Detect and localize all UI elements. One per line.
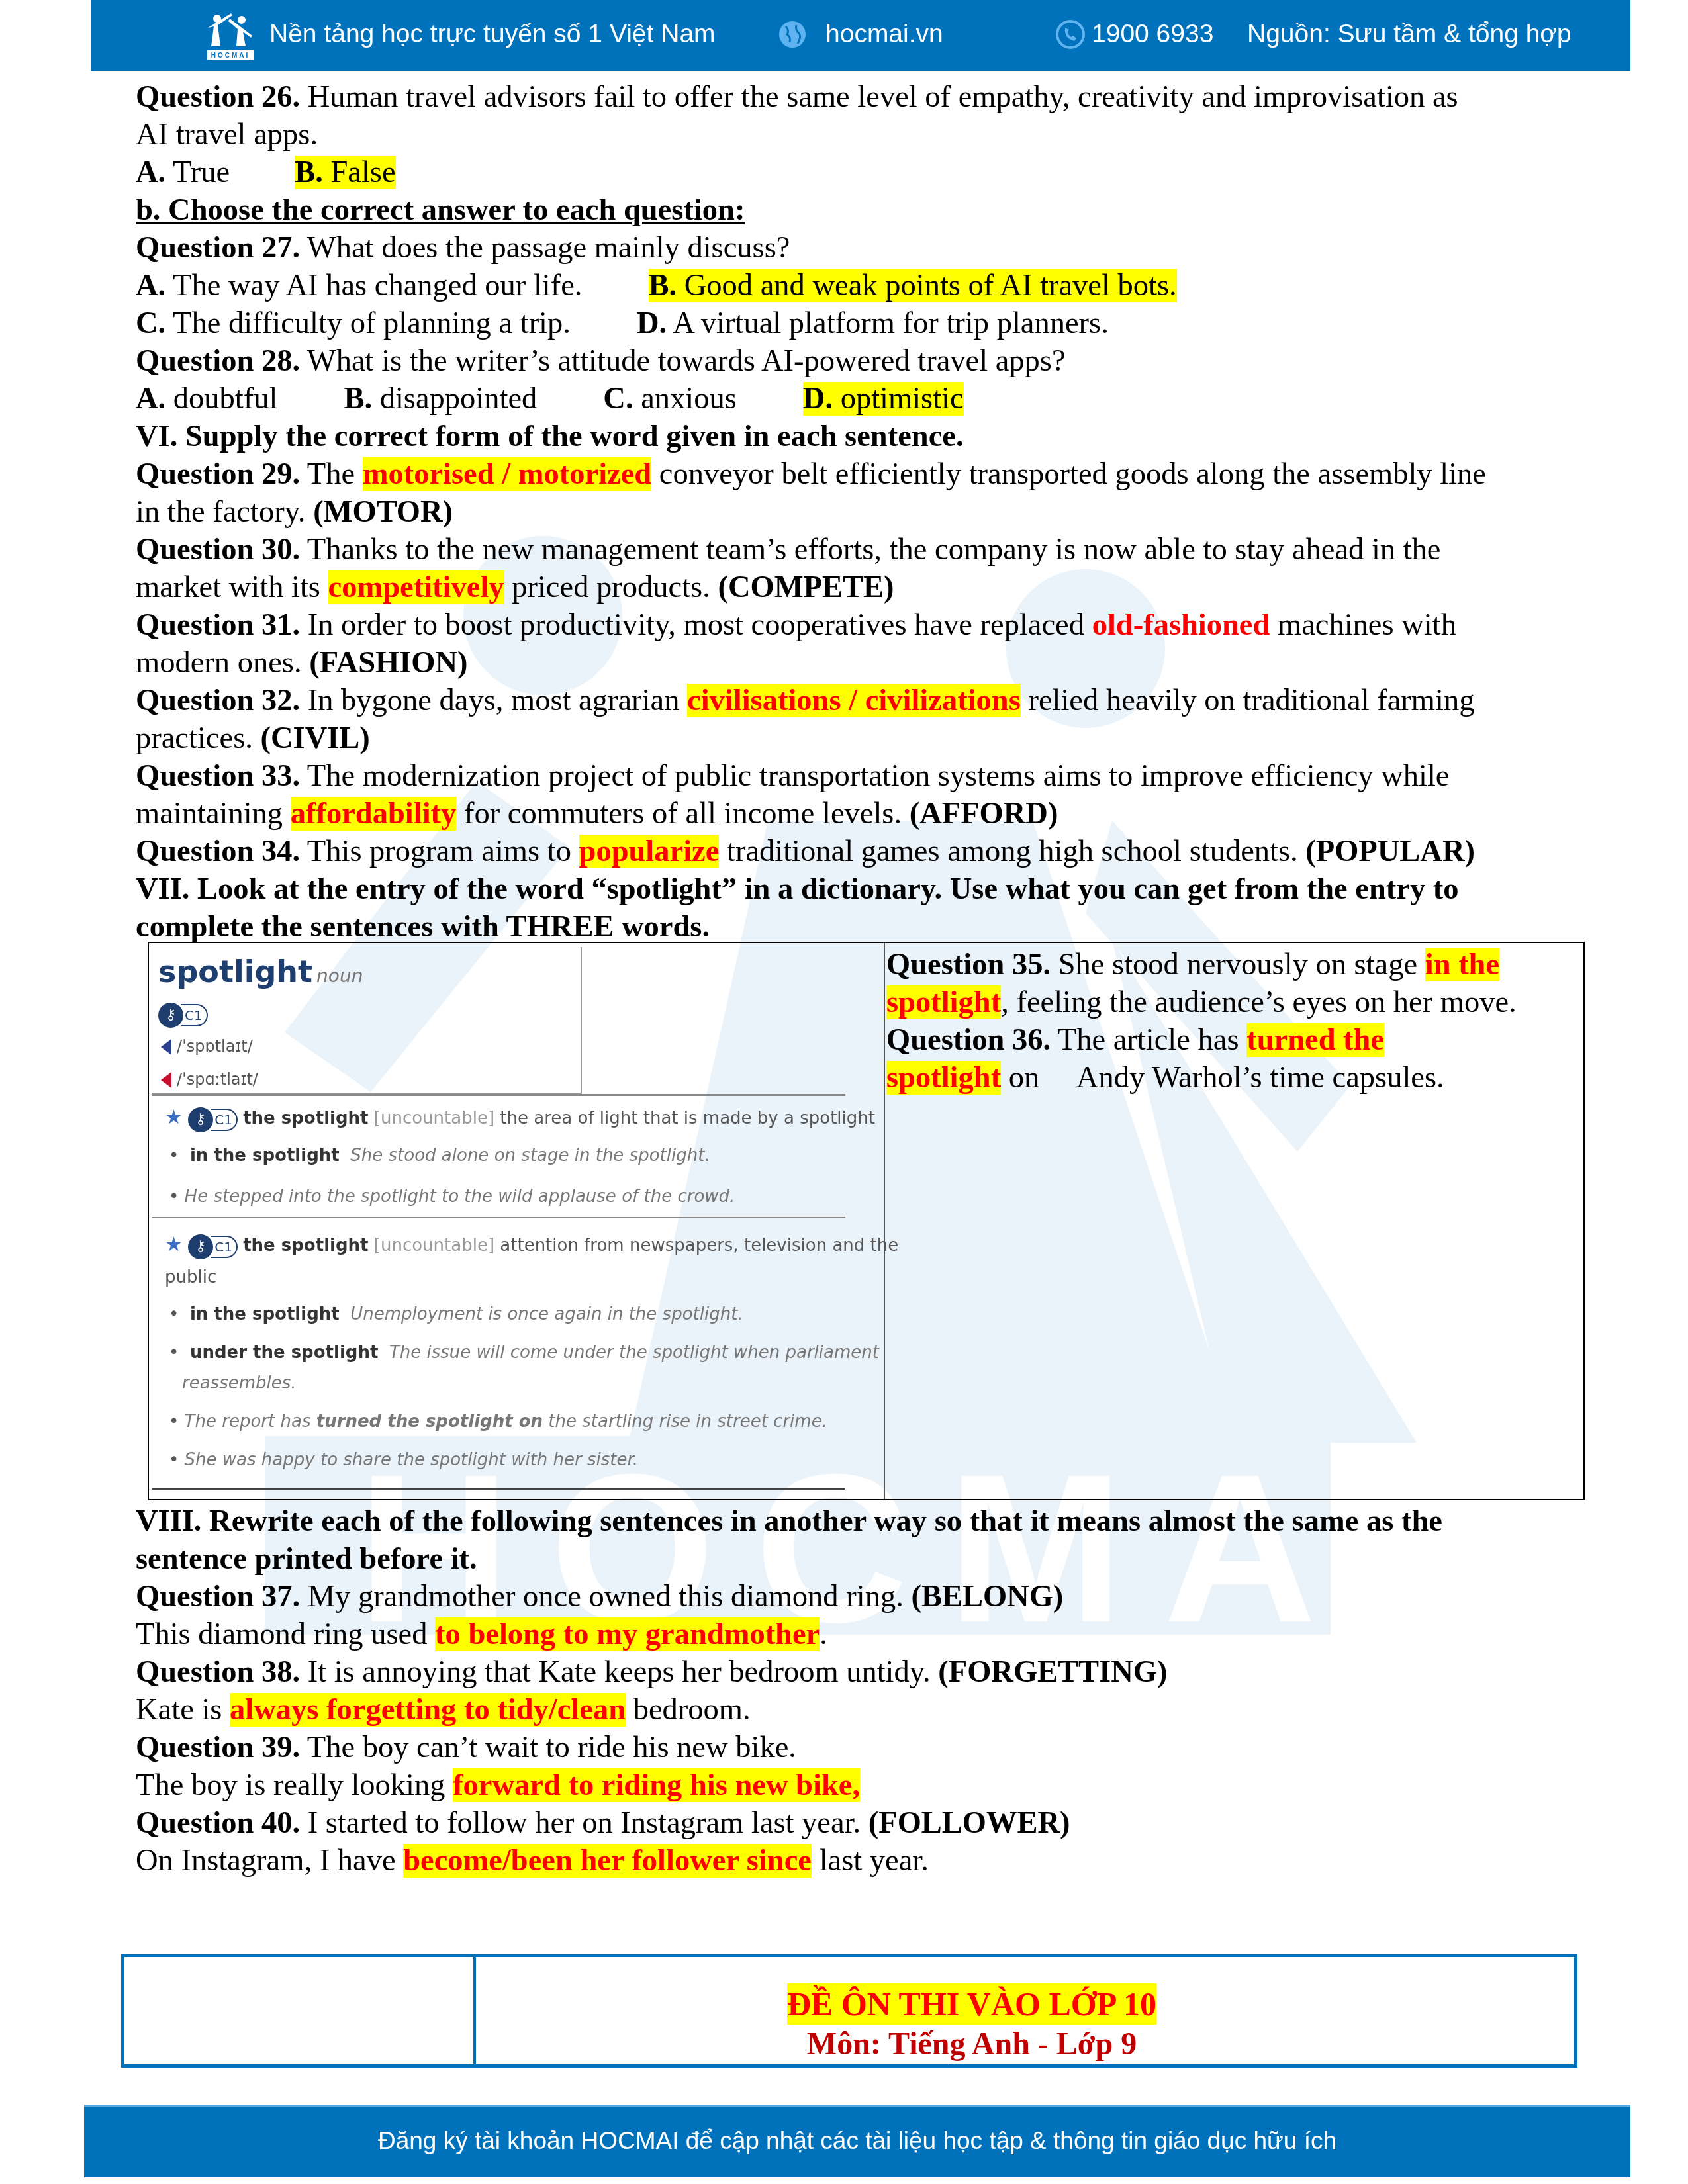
question-33-cont: maintaining affordability for commuters … bbox=[136, 795, 1592, 833]
question-29: Question 29. The motorised / motorized c… bbox=[136, 455, 1592, 493]
option-b-correct: B. False bbox=[295, 156, 395, 189]
answer-40: On Instagram, I have become/been her fol… bbox=[136, 1842, 1592, 1880]
question-27: Question 27. What does the passage mainl… bbox=[136, 229, 1592, 267]
option-b-correct: B. Good and weak points of AI travel bot… bbox=[649, 269, 1177, 302]
answer: spotlight bbox=[886, 1061, 1001, 1095]
part-of-speech: noun bbox=[316, 965, 363, 987]
q27-options-ab: A. The way AI has changed our life.B. Go… bbox=[136, 267, 1592, 304]
question-26: Question 26. Human travel advisors fail … bbox=[136, 78, 1592, 116]
answer-37: This diamond ring used to belong to my g… bbox=[136, 1615, 1592, 1653]
answer: become/been her follower since bbox=[403, 1844, 812, 1878]
question-33: Question 33. The modernization project o… bbox=[136, 757, 1592, 795]
answer: in the bbox=[1425, 948, 1499, 981]
pronunciation-us[interactable]: /ˈspɑːtlaɪt/ bbox=[161, 1070, 258, 1089]
question-label: Question 28. bbox=[136, 344, 300, 378]
section-vii-heading: VII. Look at the entry of the word “spot… bbox=[136, 870, 1592, 908]
answer-38: Kate is always forgetting to tidy/clean … bbox=[136, 1691, 1592, 1729]
answer: forward to riding his new bike, bbox=[453, 1768, 860, 1802]
dictionary-entry-image: spotlightnoun ⚷C1 /ˈspɒtlaɪt/ /ˈspɑːtlaɪ… bbox=[152, 947, 880, 1496]
example: • She was happy to share the spotlight w… bbox=[169, 1450, 638, 1470]
question-31: Question 31. In order to boost productiv… bbox=[136, 606, 1592, 644]
q27-options-cd: C. The difficulty of planning a trip.D. … bbox=[136, 304, 1592, 342]
answer: old-fashioned bbox=[1092, 608, 1270, 642]
question-36: Question 36. The article has turned thes… bbox=[886, 1021, 1581, 1097]
star-icon: ★ bbox=[165, 1233, 183, 1256]
question-label: Question 26. bbox=[136, 80, 300, 114]
hocmai-logo-icon: HOCMAI bbox=[205, 9, 256, 61]
example-cont: reassembles. bbox=[182, 1373, 297, 1393]
question-38: Question 38. It is annoying that Kate ke… bbox=[136, 1653, 1592, 1691]
speaker-icon bbox=[161, 1072, 171, 1088]
globe-icon bbox=[776, 19, 808, 50]
top-banner: HOCMAI Nền tảng học trực tuyến số 1 Việt… bbox=[91, 0, 1630, 71]
question-32-cont: practices. (CIVIL) bbox=[136, 719, 1592, 757]
answer-39: The boy is really looking forward to rid… bbox=[136, 1766, 1592, 1804]
section-viii-heading-cont: sentence printed before it. bbox=[136, 1540, 1592, 1578]
option-c: C. anxious bbox=[603, 382, 737, 416]
column-divider bbox=[884, 943, 885, 1499]
oxford-level-badge: ⚷C1 bbox=[188, 1234, 238, 1259]
questions-35-36: Question 35. She stood nervously on stag… bbox=[886, 946, 1581, 1097]
sense-2-cont: public bbox=[165, 1267, 216, 1287]
question-40: Question 40. I started to follow her on … bbox=[136, 1804, 1592, 1842]
question-text: What is the writer’s attitude towards AI… bbox=[300, 344, 1066, 378]
question-label: Question 27. bbox=[136, 231, 300, 265]
answer: turned the bbox=[1246, 1023, 1384, 1057]
option-a: A. doubtful bbox=[136, 382, 277, 416]
section-viii-heading: VIII. Rewrite each of the following sent… bbox=[136, 1502, 1592, 1540]
example: • The report has turned the spotlight on… bbox=[169, 1412, 827, 1432]
option-b: B. disappointed bbox=[344, 382, 537, 416]
star-icon: ★ bbox=[165, 1106, 183, 1129]
headword: spotlightnoun bbox=[158, 954, 363, 989]
footer-banner: Đăng ký tài khoản HOCMAI để cập nhật các… bbox=[84, 2105, 1630, 2177]
divider bbox=[152, 1216, 845, 1218]
question-30: Question 30. Thanks to the new managemen… bbox=[136, 531, 1592, 569]
question-29-cont: in the factory. (MOTOR) bbox=[136, 493, 1592, 531]
question-31-cont: modern ones. (FASHION) bbox=[136, 644, 1592, 682]
question-30-cont: market with its competitively priced pro… bbox=[136, 569, 1592, 606]
example: • He stepped into the spotlight to the w… bbox=[169, 1187, 735, 1206]
answer: spotlight bbox=[886, 985, 1001, 1019]
question-34: Question 34. This program aims to popula… bbox=[136, 833, 1592, 870]
exam-title: ĐỀ ÔN THI VÀO LỚP 10 bbox=[787, 1983, 1156, 2025]
sense-1: ★ ⚷C1 the spotlight [uncountable] the ar… bbox=[165, 1106, 875, 1132]
question-37: Question 37. My grandmother once owned t… bbox=[136, 1578, 1592, 1615]
exam-content: Question 26. Human travel advisors fail … bbox=[136, 78, 1592, 946]
question-32: Question 32. In bygone days, most agrari… bbox=[136, 682, 1592, 719]
answer: to belong to my grandmother bbox=[435, 1617, 820, 1651]
section-viii: VIII. Rewrite each of the following sent… bbox=[136, 1502, 1592, 1880]
exam-title-table: ĐỀ ÔN THI VÀO LỚP 10 Môn: Tiếng Anh - Lớ… bbox=[121, 1954, 1577, 2068]
option-a: A. True bbox=[136, 156, 230, 189]
question-35: Question 35. She stood nervously on stag… bbox=[886, 946, 1581, 1021]
question-26-cont: AI travel apps. bbox=[136, 116, 1592, 154]
speaker-icon bbox=[161, 1039, 171, 1055]
sense-2: ★ ⚷C1 the spotlight [uncountable] attent… bbox=[165, 1233, 898, 1259]
question-39: Question 39. The boy can’t wait to ride … bbox=[136, 1729, 1592, 1766]
pronunciation-uk[interactable]: /ˈspɒtlaɪt/ bbox=[161, 1037, 253, 1056]
answer: competitively bbox=[328, 570, 504, 604]
option-c: C. The difficulty of planning a trip. bbox=[136, 306, 571, 340]
divider bbox=[152, 1094, 845, 1096]
phone-number[interactable]: 1900 6933 bbox=[1092, 17, 1213, 52]
option-d: D. A virtual platform for trip planners. bbox=[637, 306, 1109, 340]
part-b-heading: b. Choose the correct answer to each que… bbox=[136, 191, 1592, 229]
section-vii-heading-cont: complete the sentences with THREE words. bbox=[136, 908, 1592, 946]
oxford-level-badge: ⚷C1 bbox=[158, 1003, 208, 1028]
source-note: Nguồn: Sưu tầm & tổng hợp bbox=[1247, 17, 1571, 52]
answer: popularize bbox=[579, 835, 720, 868]
key-icon: ⚷ bbox=[158, 1003, 183, 1028]
answer: always forgetting to tidy/clean bbox=[230, 1693, 626, 1727]
option-a: A. The way AI has changed our life. bbox=[136, 269, 583, 302]
oxford-level-badge: ⚷C1 bbox=[188, 1107, 238, 1132]
exam-subject: Môn: Tiếng Anh - Lớp 9 bbox=[807, 2025, 1137, 2064]
empty-cell bbox=[124, 1957, 476, 2064]
answer: affordability bbox=[291, 797, 457, 831]
divider bbox=[152, 1488, 845, 1490]
question-text: Human travel advisors fail to offer the … bbox=[300, 80, 1458, 114]
section-vi-heading: VI. Supply the correct form of the word … bbox=[136, 418, 1592, 455]
question-text: What does the passage mainly discuss? bbox=[300, 231, 790, 265]
svg-text:HOCMAI: HOCMAI bbox=[211, 52, 250, 60]
example: • in the spotlight She stood alone on st… bbox=[169, 1146, 710, 1165]
example: • under the spotlight The issue will com… bbox=[169, 1343, 879, 1363]
website-link[interactable]: hocmai.vn bbox=[825, 17, 943, 52]
phone-icon bbox=[1055, 19, 1086, 50]
example: • in the spotlight Unemployment is once … bbox=[169, 1304, 743, 1324]
question-text: AI travel apps. bbox=[136, 118, 318, 152]
option-d-correct: D. optimistic bbox=[803, 382, 964, 416]
dictionary-table: spotlightnoun ⚷C1 /ˈspɒtlaɪt/ /ˈspɑːtlaɪ… bbox=[148, 942, 1585, 1500]
q28-options: A. doubtfulB. disappointedC. anxiousD. o… bbox=[136, 380, 1592, 418]
q26-options: A. TrueB. False bbox=[136, 154, 1592, 191]
question-28: Question 28. What is the writer’s attitu… bbox=[136, 342, 1592, 380]
tagline: Nền tảng học trực tuyến số 1 Việt Nam bbox=[269, 17, 716, 52]
answer: motorised / motorized bbox=[363, 457, 651, 491]
answer: civilisations / civilizations bbox=[687, 684, 1021, 717]
